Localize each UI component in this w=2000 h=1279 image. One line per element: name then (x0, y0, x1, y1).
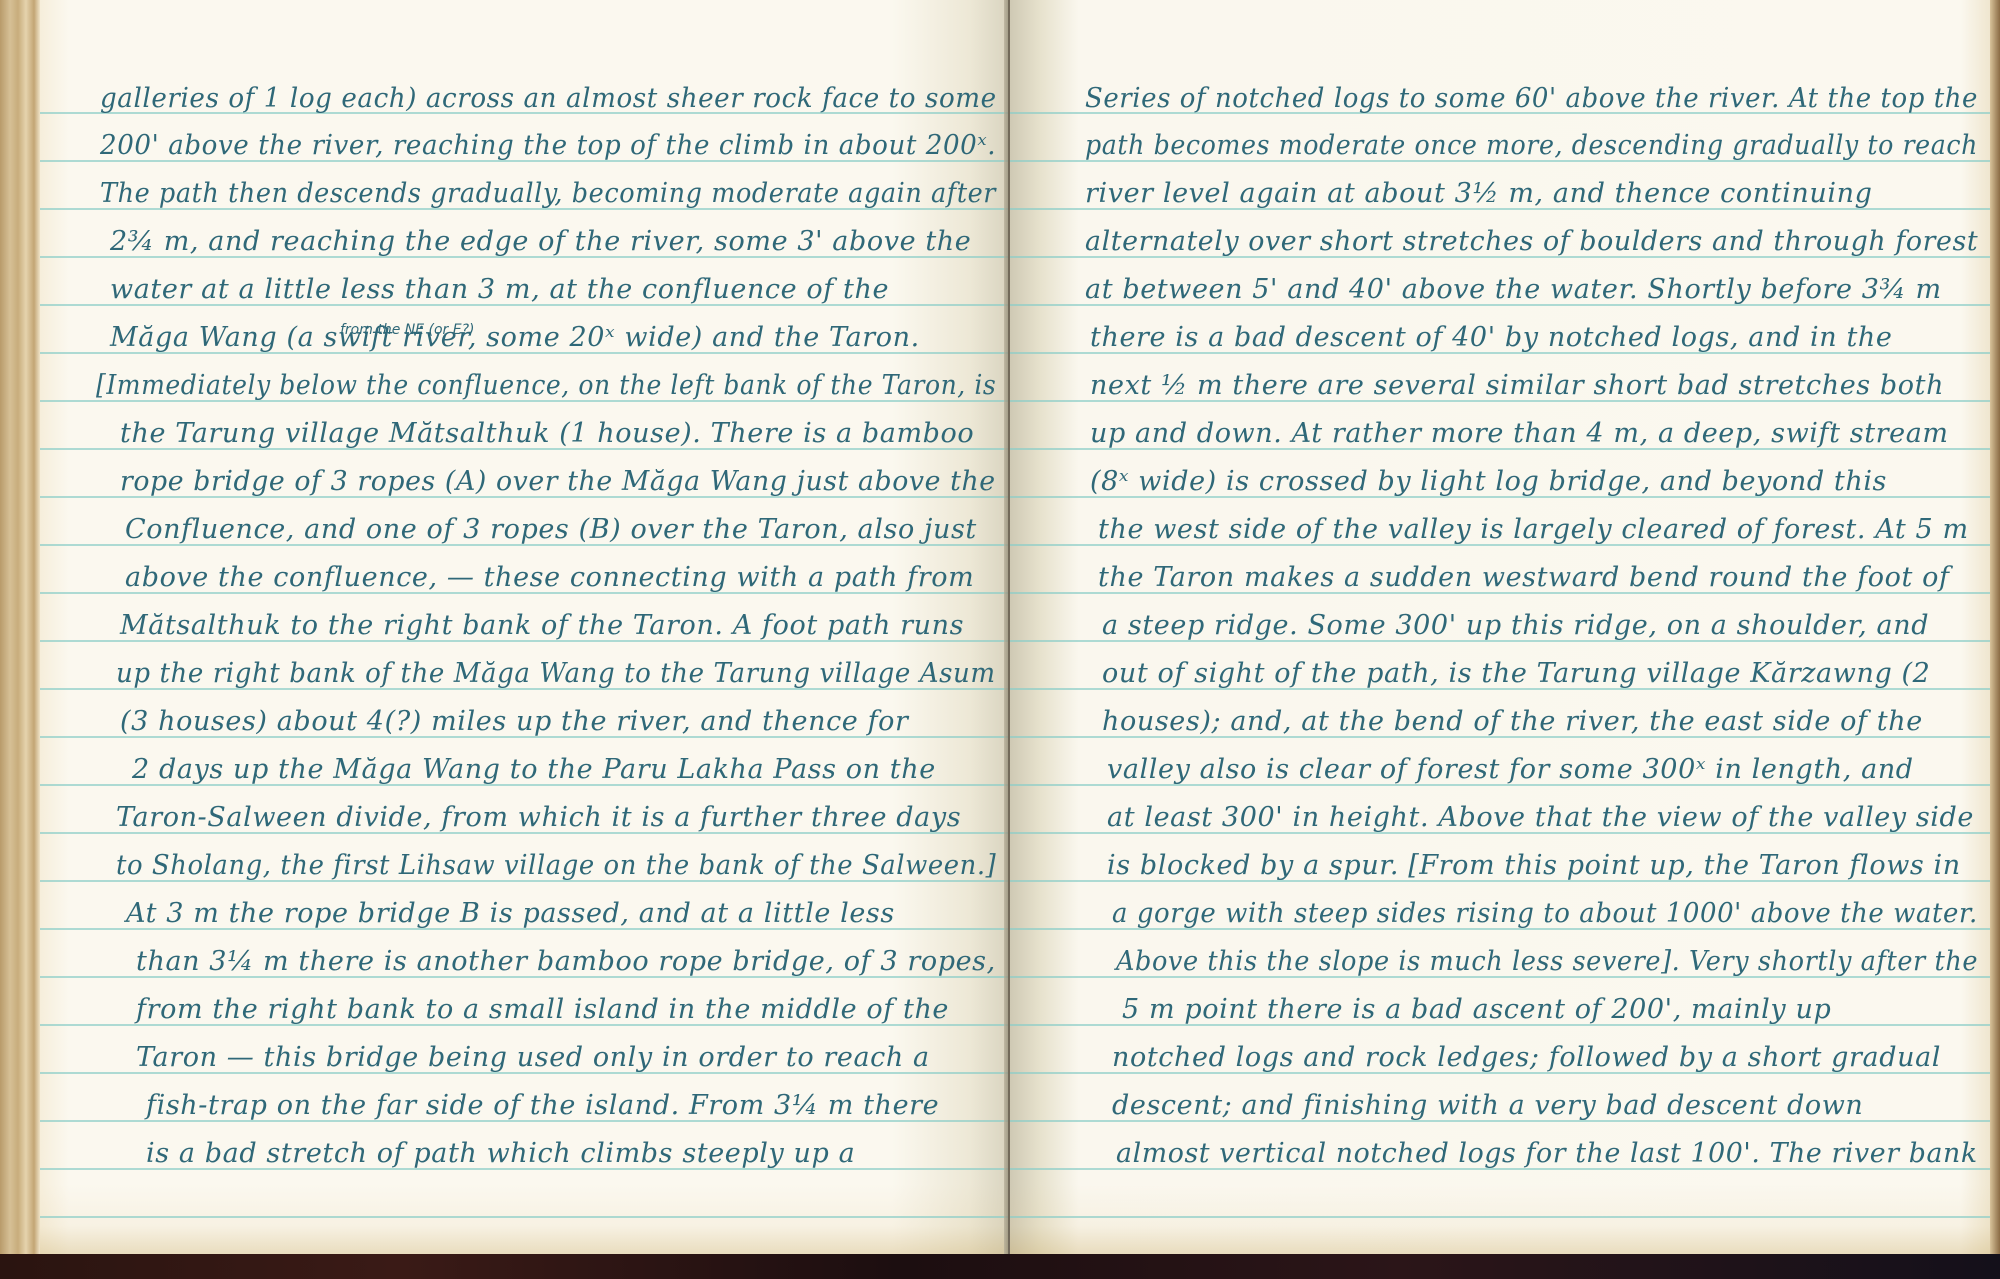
text-line: almost vertical notched logs for the las… (1116, 1139, 1978, 1169)
text-line: than 3¼ m there is another bamboo rope b… (136, 947, 996, 977)
text-line: Above this the slope is much less severe… (1116, 947, 1978, 977)
text-line: at least 300' in height. Above that the … (1107, 803, 1974, 833)
text-line: notched logs and rock ledges; followed b… (1112, 1043, 1941, 1073)
text-line: up and down. At rather more than 4 m, a … (1090, 419, 1949, 449)
text-line: (3 houses) about 4(?) miles up the river… (120, 707, 909, 737)
text-line: path becomes moderate once more, descend… (1085, 131, 1978, 161)
text-line: there is a bad descent of 40' by notched… (1090, 323, 1892, 353)
text-line: to Sholang, the first Lihsaw village on … (116, 851, 996, 881)
text-line: Măga Wang (a swift river, some 20ˣ wide)… (110, 323, 920, 353)
text-line: descent; and finishing with a very bad d… (1112, 1091, 1863, 1121)
foxing-stain (1010, 1184, 1990, 1254)
text-line: 200' above the river, reaching the top o… (100, 131, 996, 161)
text-line: river level again at about 3½ m, and the… (1085, 179, 1872, 209)
text-line: is a bad stretch of path which climbs st… (146, 1139, 855, 1169)
text-line: alternately over short stretches of boul… (1085, 227, 1978, 257)
page-stack-edge-left (0, 0, 40, 1254)
text-line: a gorge with steep sides rising to about… (1112, 899, 1978, 929)
text-line: rope bridge of 3 ropes (A) over the Măga… (120, 467, 996, 497)
left-page: from the NE (or E?) galleries of 1 log e… (40, 0, 1008, 1254)
text-line: 2 days up the Măga Wang to the Paru Lakh… (132, 755, 936, 785)
text-line: the west side of the valley is largely c… (1098, 515, 1969, 545)
text-line: next ½ m there are several similar short… (1090, 371, 1944, 401)
ruled-line (40, 1216, 1008, 1218)
text-line: Mătsalthuk to the right bank of the Taro… (120, 611, 964, 641)
text-line: the Taron makes a sudden westward bend r… (1098, 563, 1950, 593)
text-line: fish-trap on the far side of the island.… (146, 1091, 939, 1121)
text-line: houses); and, at the bend of the river, … (1102, 707, 1923, 737)
text-line: Taron — this bridge being used only in o… (136, 1043, 930, 1073)
text-line: from the right bank to a small island in… (136, 995, 949, 1025)
right-page: Series of notched logs to some 60' above… (1010, 0, 1990, 1254)
text-line: water at a little less than 3 m, at the … (110, 275, 889, 305)
text-line: up the right bank of the Măga Wang to th… (116, 659, 996, 689)
ruled-line (1010, 1216, 1990, 1218)
text-line: Taron-Salween divide, from which it is a… (116, 803, 961, 833)
text-line: Series of notched logs to some 60' above… (1085, 84, 1978, 114)
text-line: [Immediately below the confluence, on th… (96, 371, 996, 401)
text-line: valley also is clear of forest for some … (1107, 755, 1914, 785)
text-line: (8ˣ wide) is crossed by light log bridge… (1090, 467, 1887, 497)
text-line: a steep ridge. Some 300' up this ridge, … (1102, 611, 1929, 641)
notebook-spread: from the NE (or E?) galleries of 1 log e… (0, 0, 2000, 1254)
text-line: is blocked by a spur. [From this point u… (1107, 851, 1961, 881)
text-line: at between 5' and 40' above the water. S… (1085, 275, 1942, 305)
foxing-stain (40, 1184, 1008, 1254)
text-line: above the confluence, — these connecting… (125, 563, 974, 593)
text-line: 2¾ m, and reaching the edge of the river… (110, 227, 971, 257)
text-line: the Tarung village Mătsalthuk (1 house).… (120, 419, 974, 449)
text-line: 5 m point there is a bad ascent of 200',… (1122, 995, 1831, 1025)
page-stack-edge-right (1990, 0, 2000, 1254)
text-line: The path then descends gradually, becomi… (100, 179, 996, 209)
text-line: galleries of 1 log each) across an almos… (100, 84, 997, 114)
text-line: out of sight of the path, is the Tarung … (1102, 659, 1930, 689)
text-line: Confluence, and one of 3 ropes (B) over … (125, 515, 977, 545)
text-line: At 3 m the rope bridge B is passed, and … (126, 899, 895, 929)
